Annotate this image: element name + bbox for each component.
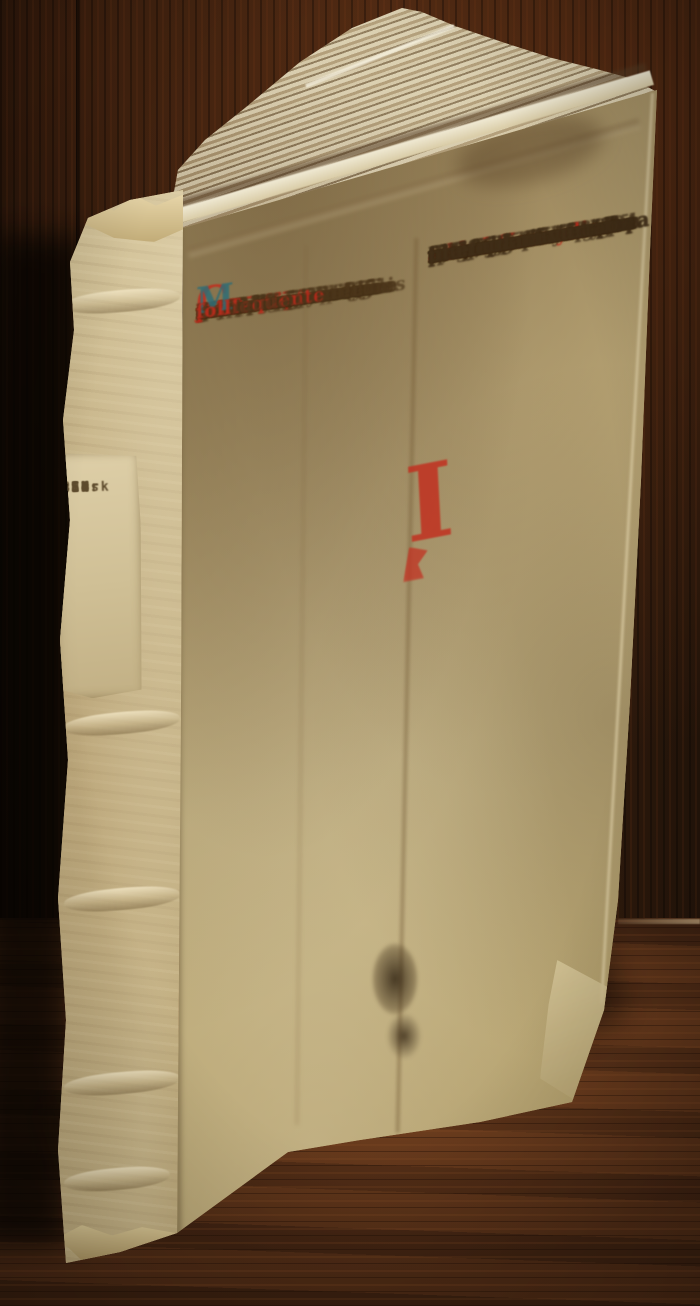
spine-raised-band (63, 285, 180, 317)
ink-stain-large (372, 943, 418, 1015)
photo-scene: ſaīn lām p̄redd dūam̄a uie am̄ p̄iorttas… (0, 0, 700, 1306)
cover-faint-crease (295, 245, 307, 1125)
manuscript-right-column: mantes erand ateris ſeremnite uebisſbue … (428, 202, 656, 240)
manuscript-text-fragment: ſoll (196, 291, 231, 329)
ink-stain-small (386, 1012, 422, 1060)
manuscript-initial-i: I (402, 441, 469, 591)
spine-raised-band (63, 883, 180, 915)
spine-raised-band (63, 707, 180, 739)
spine-raised-band (63, 1163, 171, 1194)
spine-raised-band (63, 1067, 180, 1099)
table-back-edge-highlight (618, 919, 700, 924)
manuscript-text-fragment: pta f uilam vurtao (428, 208, 619, 273)
